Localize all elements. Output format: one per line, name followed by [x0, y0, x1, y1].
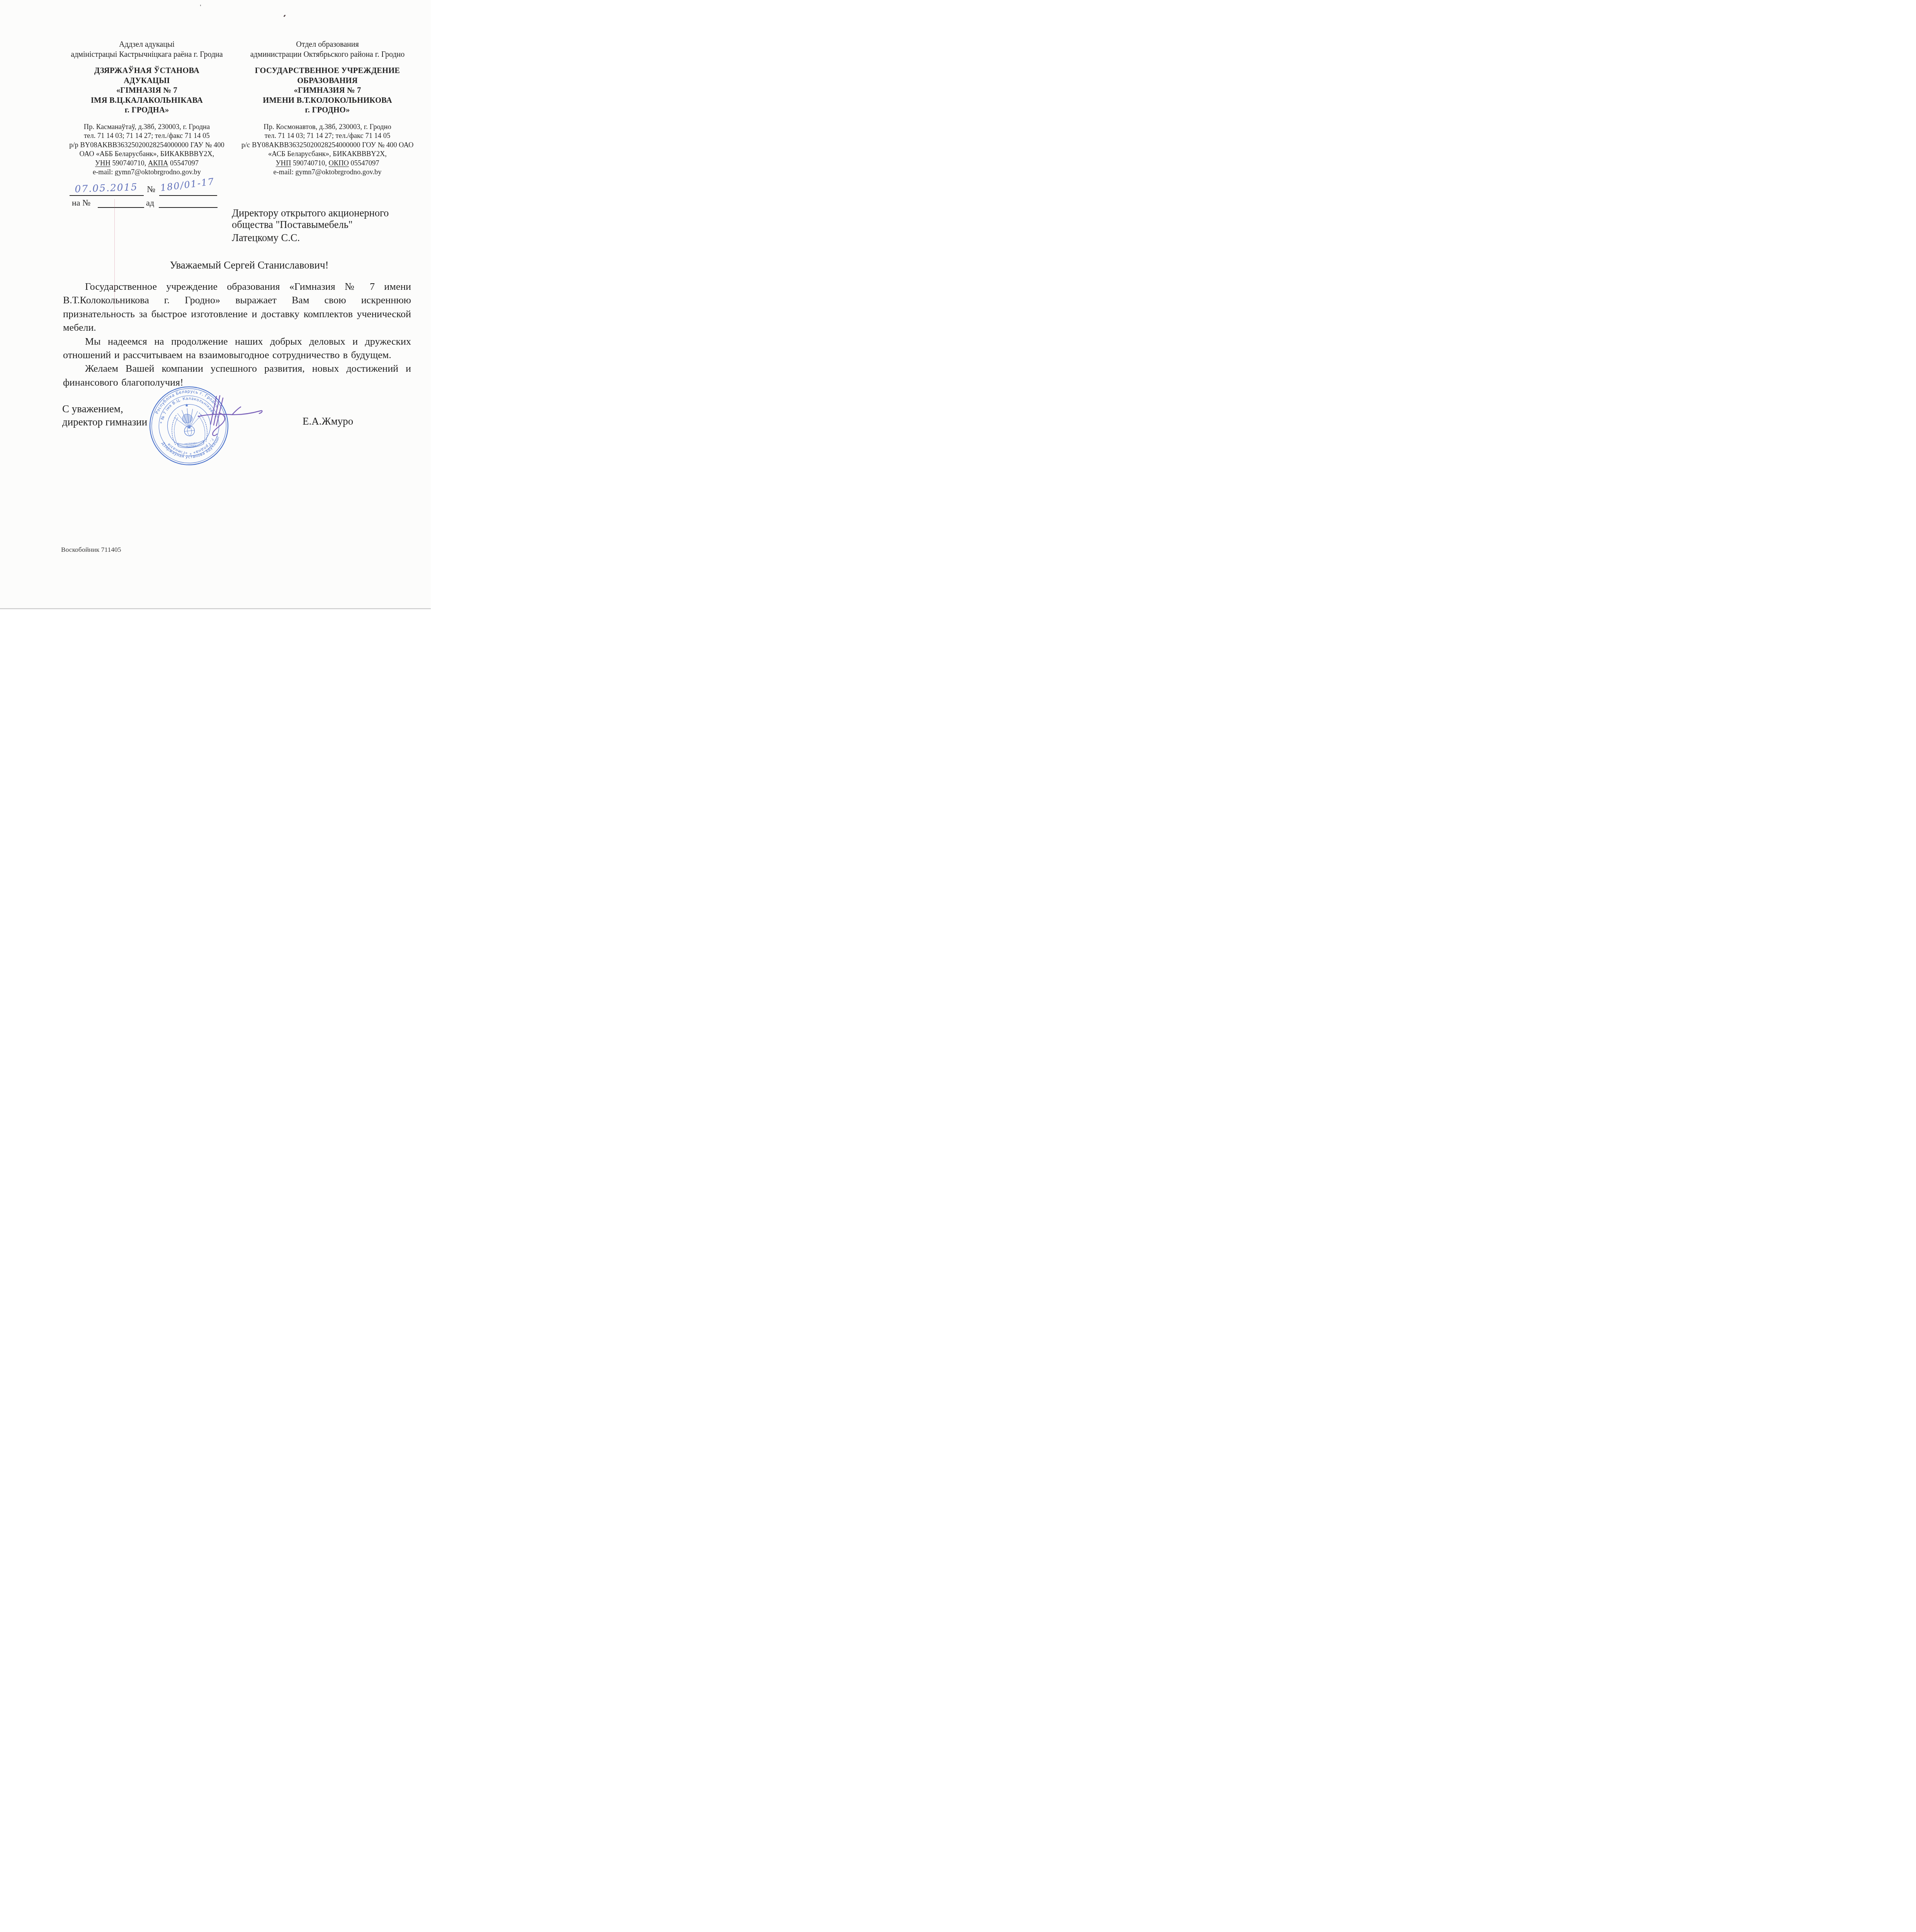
on-number-label: на № — [72, 198, 90, 208]
org-line: г. ГРОДНО» — [238, 105, 417, 116]
on-number-underline — [98, 207, 144, 208]
letterhead-russian: Отдел образования администрации Октябрьс… — [238, 39, 417, 177]
org-line: «ГИМНАЗИЯ № 7 — [238, 86, 417, 96]
codes-line: УНН 590740710, АКПА 05547097 — [58, 159, 236, 168]
scan-speck — [200, 5, 201, 6]
addressee-block: Директору открытого акционерного обществ… — [232, 207, 413, 243]
handwritten-number: 180/01-17 — [154, 175, 221, 194]
signer-name: Е.А.Жмуро — [303, 415, 353, 427]
addr-line: ОАО «АББ Беларусбанк», БИКАКВВВY2X, — [58, 150, 236, 159]
unp-label: УНП — [276, 160, 291, 167]
handwritten-date: 07.05.2015 — [70, 181, 143, 195]
paragraph-cooperation: Мы надеемся на продолжение наших добрых … — [63, 335, 411, 362]
org-line: «ГІМНАЗІЯ № 7 — [58, 86, 236, 96]
addr-line: тел. 71 14 03; 71 14 27; тел./факс 71 14… — [238, 132, 417, 141]
signature-stroke — [232, 407, 241, 415]
addr-line: р/р BY08AKBB36325020028254000000 ГАУ № 4… — [58, 141, 236, 150]
date-underline — [70, 195, 144, 196]
emblem-country-contour — [182, 413, 193, 423]
emblem-star-icon: ★ — [185, 403, 189, 408]
org-line: ГОСУДАРСТВЕННОЕ УЧРЕЖДЕНИЕ — [238, 66, 417, 76]
akpa-value: 05547097 — [168, 160, 199, 167]
org-line: ОБРАЗОВАНИЯ — [238, 76, 417, 86]
addr-line: Пр. Касманаўтаў, д.38б, 230003, г. Гродн… — [58, 123, 236, 132]
codes-line: УНП 590740710, ОКПО 05547097 — [238, 159, 417, 168]
scan-edge — [0, 608, 431, 609]
dept-line-1: Аддзел адукацыі — [58, 39, 236, 49]
number-underline — [159, 195, 217, 196]
from-label: ад — [146, 198, 154, 208]
from-underline — [159, 207, 218, 208]
letter-body: Государственное учреждение образования «… — [63, 280, 411, 389]
scanned-letter-page: Аддзел адукацыі адміністрацыі Кастрычніц… — [0, 0, 431, 609]
org-line: ІМЯ В.Ц.КАЛАКОЛЬНІКАВА — [58, 96, 236, 106]
unn-value: 590740710, — [111, 160, 148, 167]
unp-value: 590740710, — [291, 160, 328, 167]
number-sign: № — [147, 184, 155, 194]
salutation: Уважаемый Сергей Станиславович! — [77, 259, 421, 271]
addr-line: Пр. Космонавтов, д.38б, 230003, г. Гродн… — [238, 123, 417, 132]
requisites-russian: Пр. Космонавтов, д.38б, 230003, г. Гродн… — [238, 123, 417, 178]
email-line: e-mail: gymn7@oktobrgrodno.gov.by — [238, 168, 417, 177]
requisites-belarusian: Пр. Касманаўтаў, д.38б, 230003, г. Гродн… — [58, 123, 236, 178]
org-line: г. ГРОДНА» — [58, 105, 236, 116]
unn-label: УНН — [95, 160, 111, 167]
director-signature — [195, 391, 267, 439]
dept-line-2: администрации Октябрьского района г. Гро… — [238, 49, 417, 60]
signature-stroke — [214, 396, 220, 425]
addr-line: р/с BY08AKBB36325020028254000000 ГОУ № 4… — [238, 141, 417, 150]
okpo-value: 05547097 — [349, 160, 379, 167]
letterhead-belarusian: Аддзел адукацыі адміністрацыі Кастрычніц… — [58, 39, 236, 177]
addr-line: тел. 71 14 03; 71 14 27; тел./факс 71 14… — [58, 132, 236, 141]
email-line: e-mail: gymn7@oktobrgrodno.gov.by — [58, 168, 236, 177]
addressee-line: общества "Поставымебель" — [232, 219, 413, 230]
executor-note: Воскобойник 711405 — [61, 546, 121, 554]
scan-speck — [283, 15, 286, 17]
addressee-name: Латецкому С.С. — [232, 232, 413, 243]
akpa-label: АКПА — [148, 160, 168, 167]
signature-stroke — [211, 396, 216, 424]
dept-line-2: адміністрацыі Кастрычніцкага раёна г. Гр… — [58, 49, 236, 60]
org-line: ИМЕНИ В.Т.КОЛОКОЛЬНИКОВА — [238, 96, 417, 106]
okpo-label: ОКПО — [328, 160, 349, 167]
closing-title: директор гимназии — [62, 416, 147, 428]
paragraph-wishes: Желаем Вашей компании успешного развития… — [63, 362, 411, 389]
org-name-russian: ГОСУДАРСТВЕННОЕ УЧРЕЖДЕНИЕ ОБРАЗОВАНИЯ «… — [238, 66, 417, 116]
dept-line-1: Отдел образования — [238, 39, 417, 49]
closing-regards: С уважением, — [62, 403, 123, 415]
scan-scratch — [114, 199, 115, 311]
addressee-line: Директору открытого акционерного — [232, 207, 413, 219]
signature-stroke — [216, 398, 223, 426]
signature-stroke — [198, 411, 262, 417]
addr-line: «АСБ Беларусбанк», БИКАКВВВY2X, — [238, 150, 417, 159]
org-name-belarusian: ДЗЯРЖАЎНАЯ ЎСТАНОВА АДУКАЦЫІ «ГІМНАЗІЯ №… — [58, 66, 236, 116]
paragraph-gratitude: Государственное учреждение образования «… — [63, 280, 411, 335]
emblem-ribbon: РЭСПУБЛІКА БЕЛАРУСЬ — [178, 440, 204, 449]
org-line: ДЗЯРЖАЎНАЯ ЎСТАНОВА — [58, 66, 236, 76]
org-line: АДУКАЦЫІ — [58, 76, 236, 86]
